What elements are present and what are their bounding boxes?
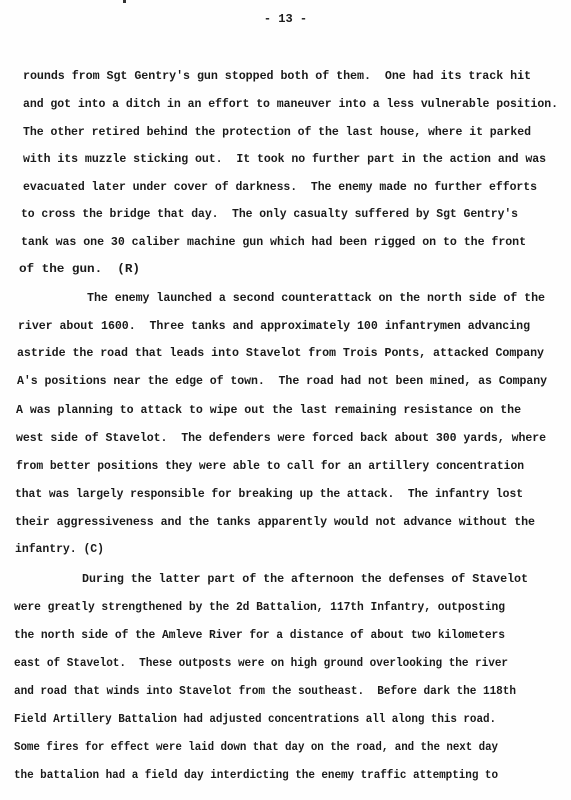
paragraph-2-line-6: west side of Stavelot. The defenders wer… xyxy=(16,431,546,445)
scan-speck xyxy=(123,0,126,3)
paragraph-1-line-6: to cross the bridge that day. The only c… xyxy=(21,207,518,221)
paragraph-2-line-3: astride the road that leads into Stavelo… xyxy=(17,346,544,360)
paragraph-3-line-1: During the latter part of the afternoon … xyxy=(82,572,528,586)
paragraph-1-line-2: and got into a ditch in an effort to man… xyxy=(23,97,558,111)
paragraph-2-line-10: infantry. (C) xyxy=(15,542,104,556)
paragraph-3-line-8: the battalion had a field day interdicti… xyxy=(14,768,498,782)
paragraph-1-line-7: tank was one 30 caliber machine gun whic… xyxy=(21,235,526,249)
paragraph-1-line-1: rounds from Sgt Gentry's gun stopped bot… xyxy=(23,69,531,83)
paragraph-3-line-3: the north side of the Amleve River for a… xyxy=(14,628,505,642)
document-page: - 13 - rounds from Sgt Gentry's gun stop… xyxy=(0,0,571,800)
paragraph-2-line-7: from better positions they were able to … xyxy=(16,459,524,473)
paragraph-3-line-7: Some fires for effect were laid down tha… xyxy=(14,740,498,754)
paragraph-1-line-3: The other retired behind the protection … xyxy=(23,125,531,139)
page-number: - 13 - xyxy=(0,12,571,26)
paragraph-3-line-5: and road that winds into Stavelot from t… xyxy=(14,684,516,698)
paragraph-2-line-2: river about 1600. Three tanks and approx… xyxy=(18,319,530,333)
paragraph-2-line-5: A was planning to attack to wipe out the… xyxy=(16,403,521,417)
paragraph-1-line-8: of the gun. (R) xyxy=(19,262,140,276)
paragraph-2-line-4: A's positions near the edge of town. The… xyxy=(17,374,547,388)
paragraph-2-line-1: The enemy launched a second counterattac… xyxy=(87,291,545,305)
paragraph-2-line-8: that was largely responsible for breakin… xyxy=(15,487,523,501)
paragraph-3-line-4: east of Stavelot. These outposts were on… xyxy=(14,656,508,670)
paragraph-2-line-9: their aggressiveness and the tanks appar… xyxy=(15,515,535,529)
paragraph-3-line-6: Field Artillery Battalion had adjusted c… xyxy=(14,712,496,726)
paragraph-1-line-4: with its muzzle sticking out. It took no… xyxy=(23,152,546,166)
paragraph-1-line-5: evacuated later under cover of darkness.… xyxy=(23,180,537,194)
paragraph-3-line-2: were greatly strengthened by the 2d Batt… xyxy=(14,600,505,614)
